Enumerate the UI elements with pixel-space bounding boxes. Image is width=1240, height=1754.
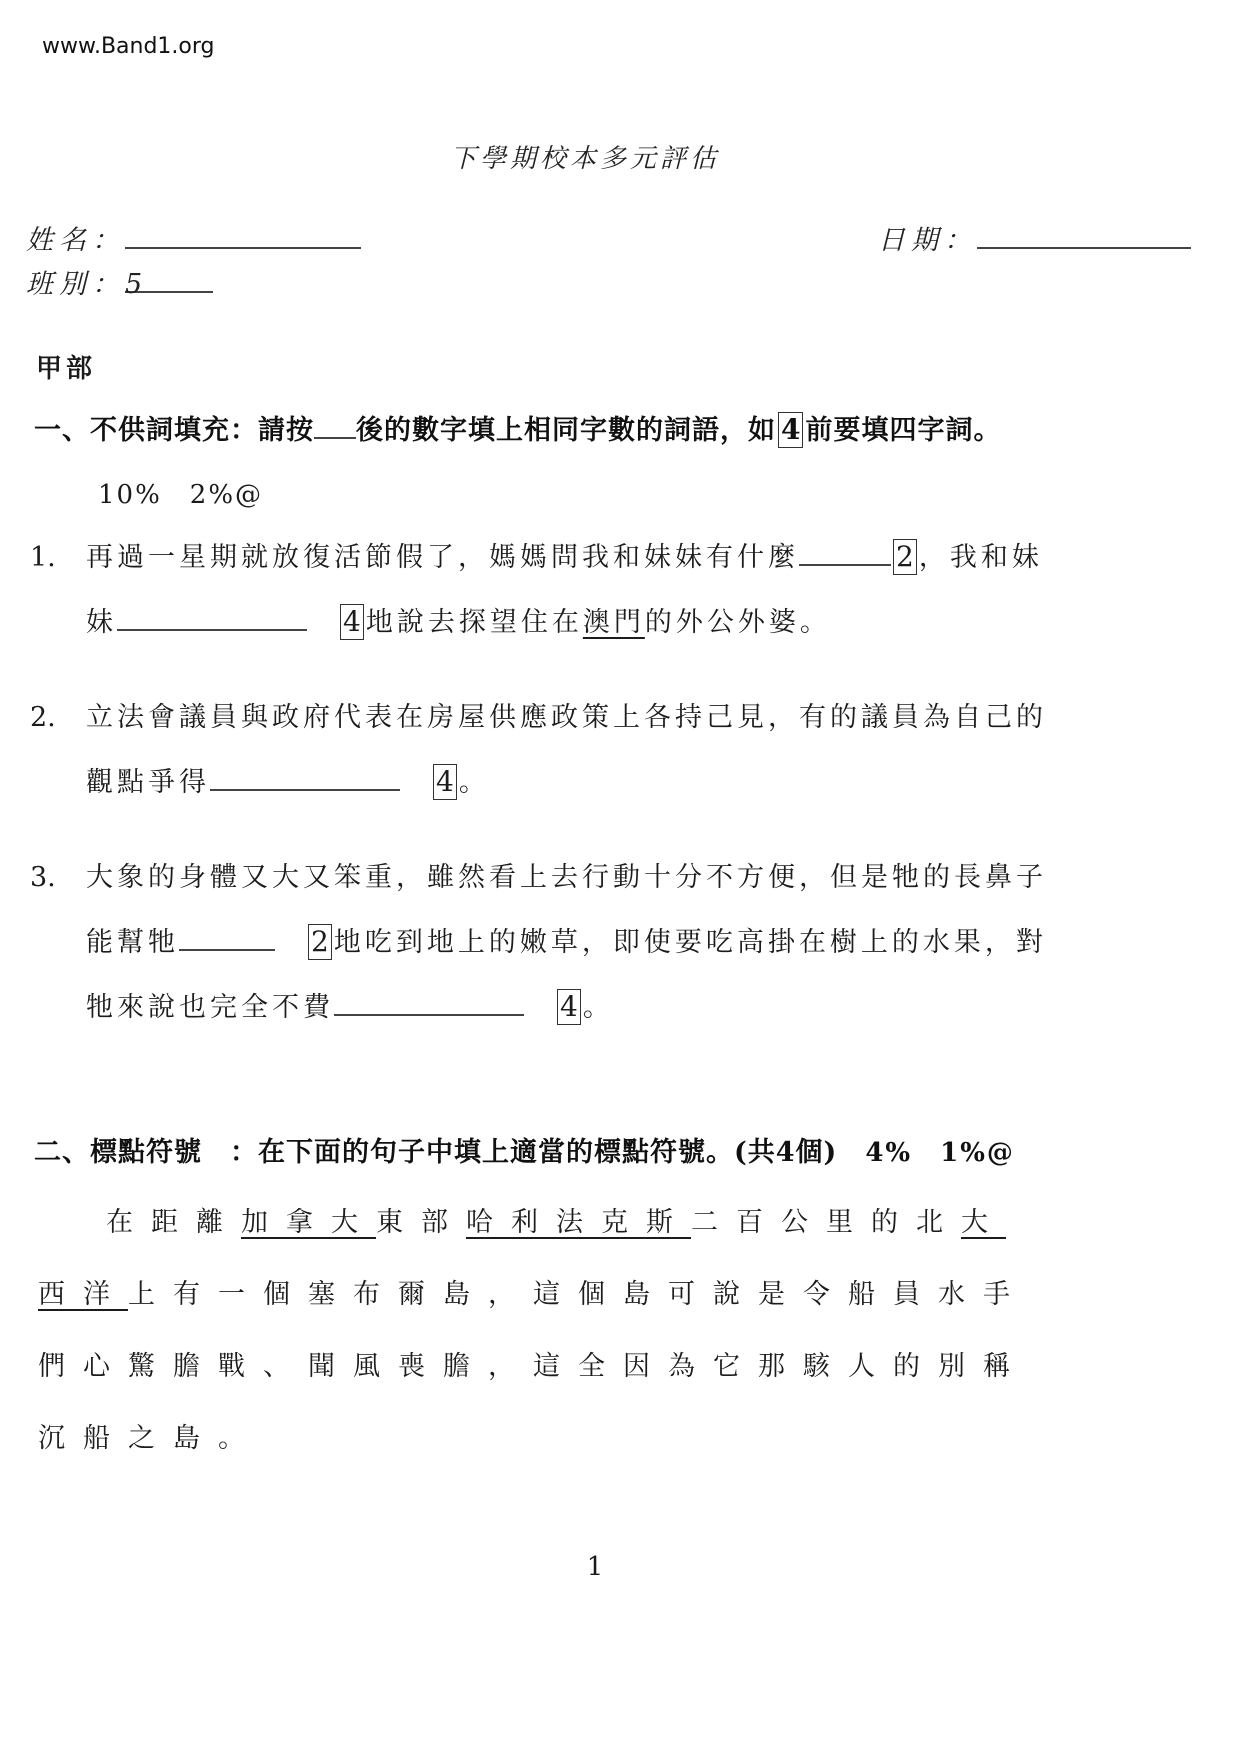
question-text: 觀點爭得: [86, 767, 210, 798]
question-2-line-2: 觀點爭得 4。: [86, 760, 490, 800]
question-text: 的外公外婆。: [645, 607, 831, 638]
date-blank[interactable]: [977, 225, 1191, 249]
question-text: ，我和妹: [919, 542, 1043, 573]
answer-blank-2[interactable]: [210, 767, 400, 791]
question-text: 能幫牠: [86, 927, 179, 958]
passage-line-3: 們心驚膽戰、聞風喪膽，這全因為它那駭人的別稱: [38, 1344, 1028, 1383]
section1-marks: 10% 2%@: [98, 474, 263, 511]
section2-instruction: 二、標點符號 ：在下面的句子中填上適當的標點符號。(共4個) 4% 1%@: [34, 1130, 1015, 1169]
name-field: 姓名：: [26, 218, 361, 257]
class-label: 班別：: [26, 269, 125, 300]
question-1-line-1: 1.再過一星期就放復活節假了，媽媽問我和妹妹有什麼2，我和妹: [30, 535, 1043, 575]
class-blank[interactable]: 5: [125, 269, 213, 293]
question-text: 。: [459, 767, 490, 798]
answer-blank-3b[interactable]: [334, 992, 524, 1016]
answer-blank-1a[interactable]: [799, 542, 891, 566]
question-2-line-1: 2.立法會議員與政府代表在房屋供應政策上各持己見，有的議員為自己的: [30, 695, 1047, 734]
watermark-url: www.Band1.org: [42, 34, 215, 59]
instruction-text-a: 一、不供詞填充：請按: [34, 415, 314, 446]
passage-text: 。: [218, 1423, 263, 1454]
question-text: 立法會議員與政府代表在房屋供應政策上各持己見，有的議員為自己的: [86, 702, 1047, 733]
question-3-line-2: 能幫牠 2地吃到地上的嫩草，即使要吃高掛在樹上的水果，對: [86, 920, 1047, 960]
passage-line-1: 在距離加拿大東部哈利法克斯二百公里的北大: [106, 1200, 1006, 1239]
example-number-box: 4: [778, 412, 803, 448]
instruction-text-b: 後的數字填上相同字數的詞語，如: [356, 415, 776, 446]
question-3-line-1: 3.大象的身體又大又笨重，雖然看上去行動十分不方便，但是牠的長鼻子: [30, 855, 1047, 894]
section1-instruction: 一、不供詞填充：請按後的數字填上相同字數的詞語，如4前要填四字詞。: [34, 408, 1001, 448]
name-label: 姓名：: [26, 225, 125, 256]
name-blank[interactable]: [125, 225, 361, 249]
proper-noun-underlined: 澳門: [583, 607, 645, 638]
question-text: 牠來說也完全不費: [86, 992, 334, 1023]
passage-text: 二百公里的北: [691, 1207, 961, 1238]
passage-text: 沉船之島: [38, 1423, 218, 1454]
section2-marks: 4% 1%@: [865, 1138, 1015, 1168]
word-count-box: 4: [340, 604, 364, 640]
instruction-blank-sample: [314, 419, 356, 439]
instruction-text: 二、標點符號 ：在下面的句子中填上適當的標點符號。(共4個): [34, 1137, 837, 1168]
word-count-box: 2: [893, 539, 917, 575]
question-text: 地說去探望住在: [366, 607, 583, 638]
passage-line-4: 沉船之島。: [38, 1416, 263, 1455]
question-text: 再過一星期就放復活節假了，媽媽問我和妹妹有什麼: [86, 542, 799, 573]
proper-noun-underlined: 哈利法克斯: [466, 1207, 691, 1238]
question-number: 2.: [30, 702, 86, 733]
date-field: 日期：: [878, 218, 1191, 257]
answer-blank-3a[interactable]: [179, 927, 275, 951]
passage-text: 上有一個塞布爾島，這個島可說是令船員水手: [128, 1279, 1028, 1310]
word-count-box: 4: [433, 764, 457, 800]
passage-text: 在距離: [106, 1207, 241, 1238]
question-text: 。: [583, 992, 614, 1023]
question-text: 地吃到地上的嫩草，即使要吃高掛在樹上的水果，對: [334, 927, 1047, 958]
part-label: 甲部: [36, 348, 96, 385]
page-title: 下學期校本多元評估: [0, 138, 1170, 175]
question-number: 1.: [30, 542, 86, 573]
word-count-box: 2: [308, 924, 332, 960]
class-value: 5: [125, 269, 142, 300]
class-field: 班別：5: [26, 262, 213, 301]
word-count-box: 4: [557, 989, 581, 1025]
passage-text: 東部: [376, 1207, 466, 1238]
passage-line-2: 西洋上有一個塞布爾島，這個島可說是令船員水手: [38, 1272, 1028, 1311]
question-1-line-2: 妹 4地說去探望住在澳門的外公外婆。: [86, 600, 831, 640]
page-number: 1: [0, 1552, 1190, 1582]
question-text: 大象的身體又大又笨重，雖然看上去行動十分不方便，但是牠的長鼻子: [86, 862, 1047, 893]
date-label: 日期：: [878, 225, 977, 256]
question-text: 妹: [86, 607, 117, 638]
answer-blank-1b[interactable]: [117, 607, 307, 631]
instruction-text-c: 前要填四字詞。: [805, 415, 1001, 446]
proper-noun-underlined: 大: [961, 1207, 1006, 1238]
question-number: 3.: [30, 862, 86, 893]
proper-noun-underlined: 加拿大: [241, 1207, 376, 1238]
proper-noun-underlined: 西洋: [38, 1279, 128, 1310]
question-3-line-3: 牠來說也完全不費 4。: [86, 985, 614, 1025]
passage-text: 們心驚膽戰、聞風喪膽，這全因為它那駭人的別稱: [38, 1351, 1028, 1382]
